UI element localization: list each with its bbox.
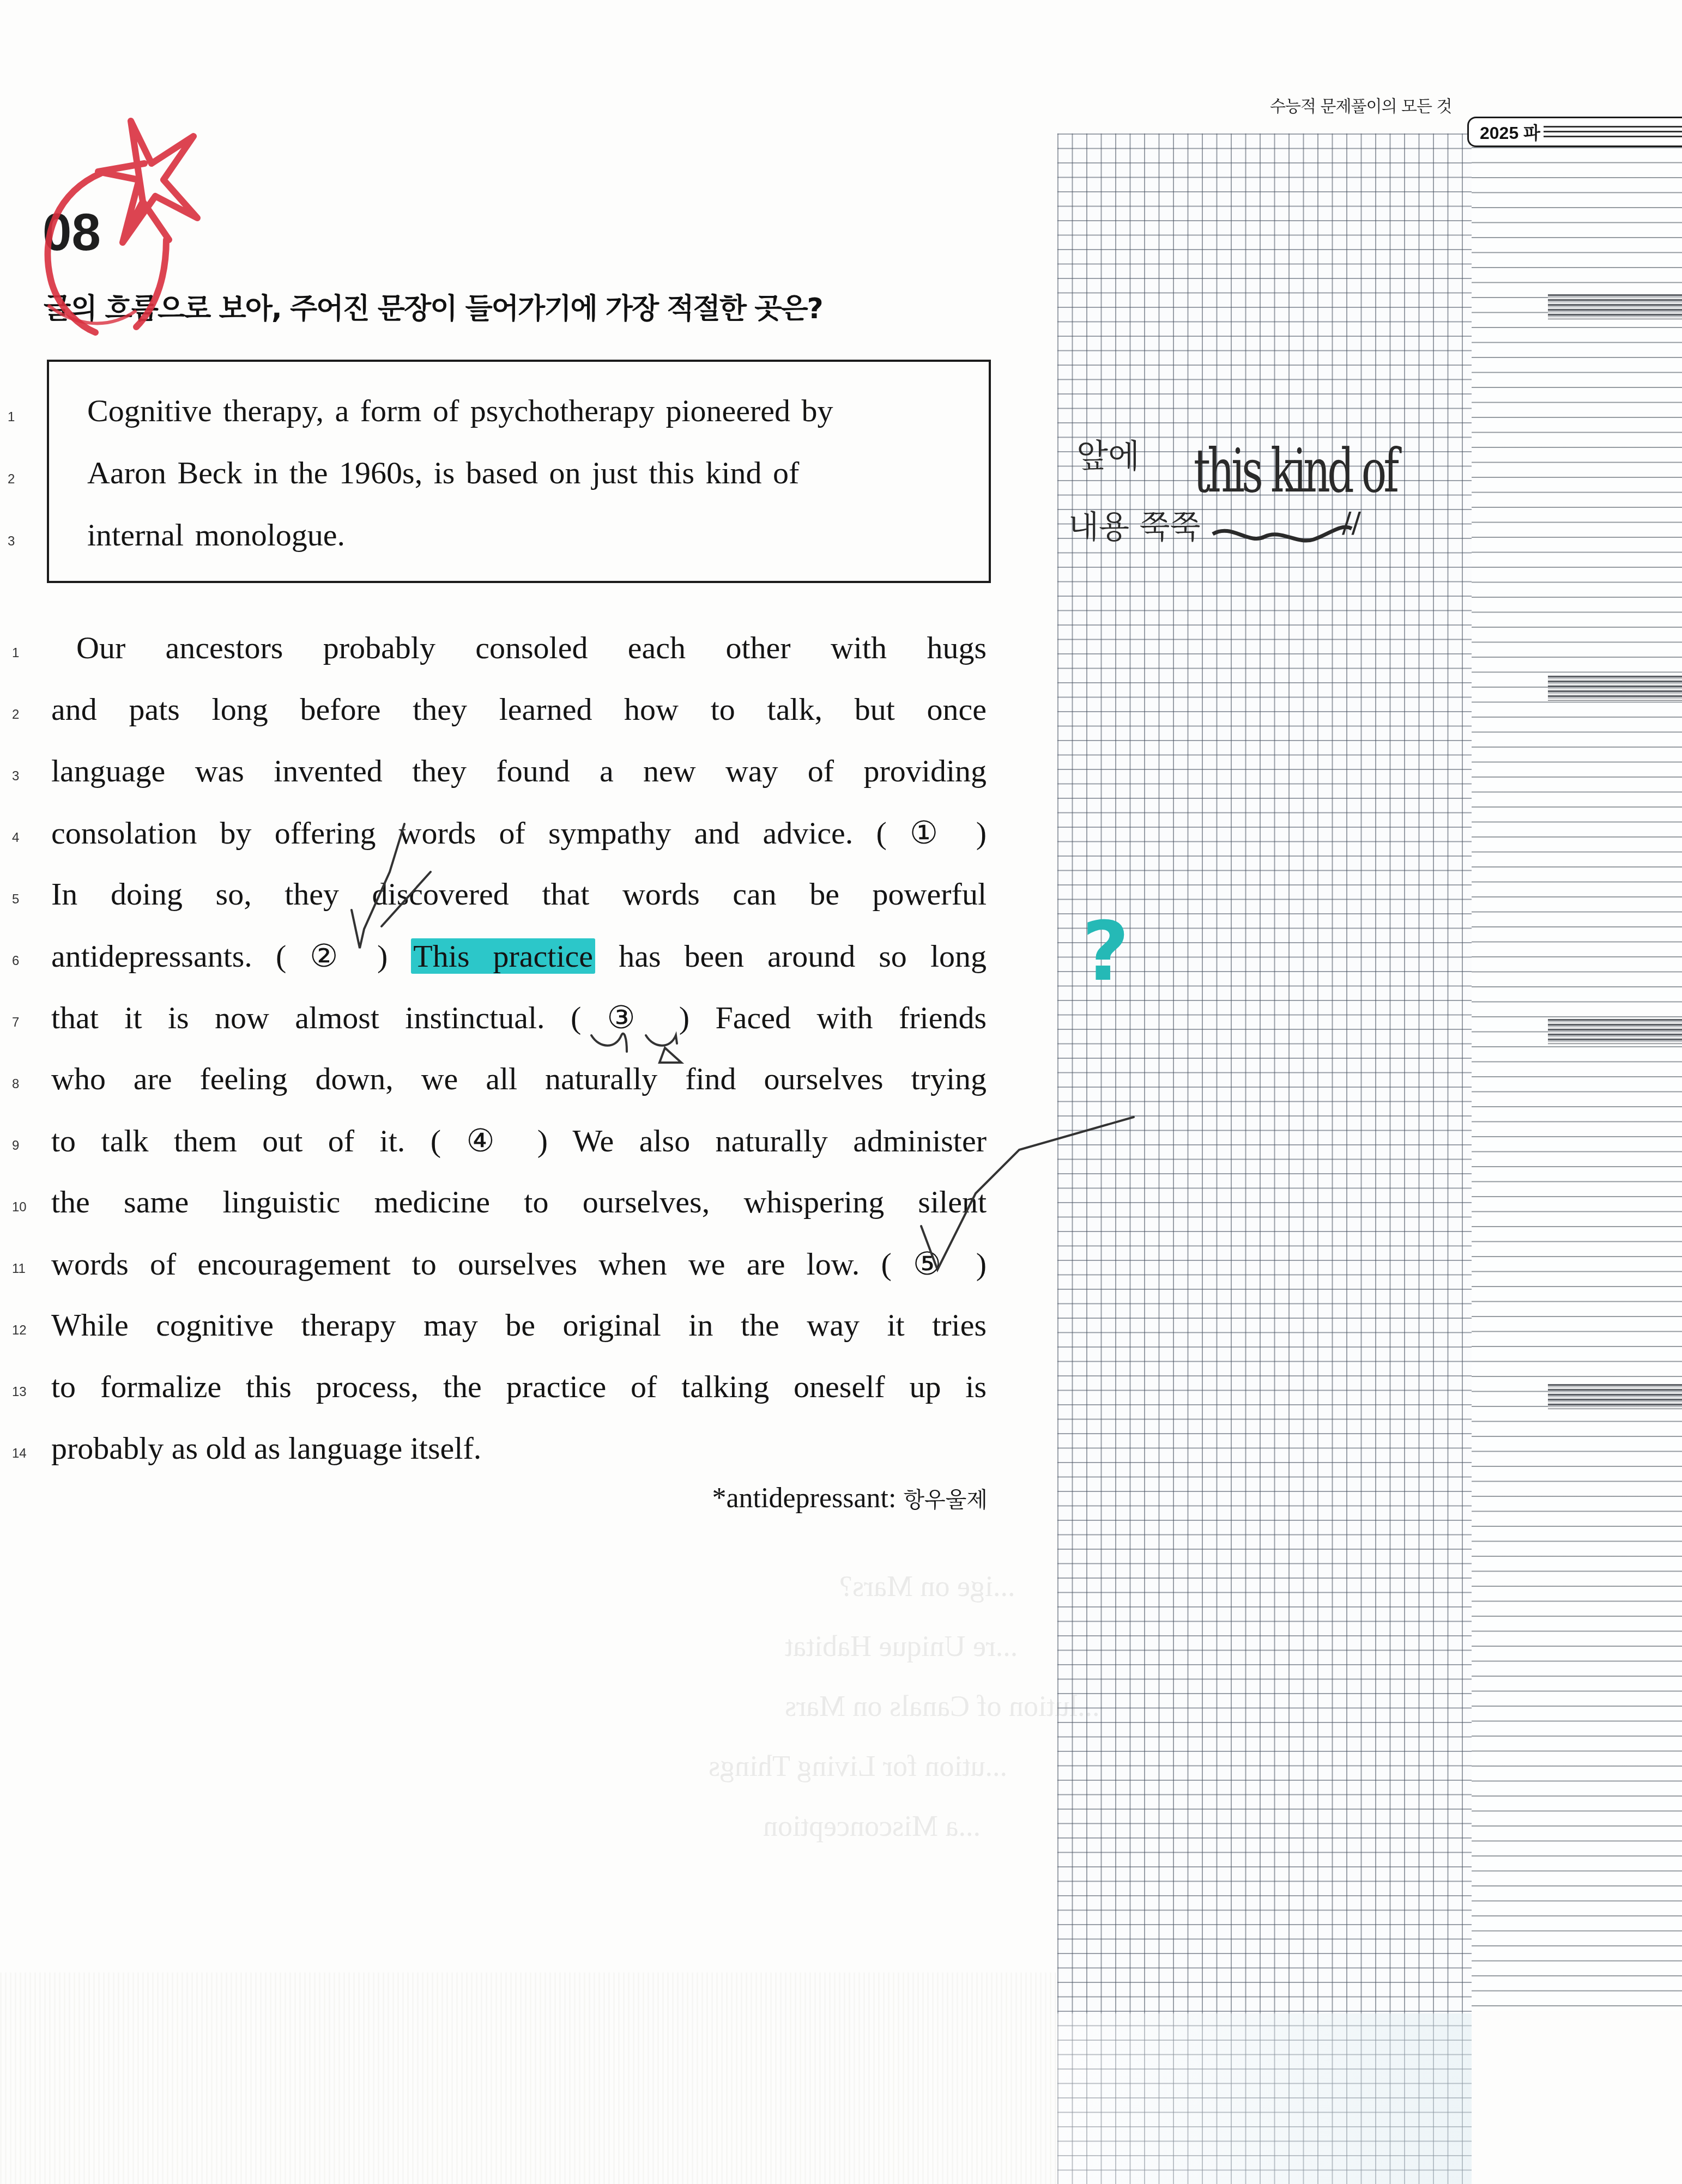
passage-line: While cognitive therapy may be original … xyxy=(51,1307,987,1345)
handwritten-note: 내용 쭉쭉 xyxy=(1068,501,1201,547)
line-number: 1 xyxy=(12,646,19,661)
passage-line: In doing so, they discovered that words … xyxy=(51,876,987,914)
line-number: 1 xyxy=(8,410,15,425)
line-number: 10 xyxy=(12,1200,27,1215)
line-number: 3 xyxy=(8,534,15,549)
line-number: 12 xyxy=(12,1323,27,1338)
passage-line: to formalize this process, the practice … xyxy=(51,1368,987,1406)
series-title: 수능적 문제풀이의 모든 것 xyxy=(1270,93,1451,117)
handwritten-note: 앞에 xyxy=(1076,430,1140,477)
edition-stripes xyxy=(1544,126,1682,138)
edition-badge: 2025 파 xyxy=(1467,117,1682,147)
line-number: 6 xyxy=(12,954,19,969)
passage-line: to talk them out of it. ( ④ ) We also na… xyxy=(51,1122,987,1160)
footnote-meaning: 항우울제 xyxy=(903,1488,988,1513)
given-line: internal monologue. xyxy=(87,517,345,553)
passage-text: has been around so long xyxy=(595,938,987,974)
scan-smear xyxy=(1548,294,1682,319)
handwritten-mark: // xyxy=(1342,507,1361,539)
scan-smear xyxy=(1548,1019,1682,1044)
passage-text: antidepressants. ( ② ) xyxy=(51,938,411,974)
given-line: Aaron Beck in the 1960s, is based on jus… xyxy=(87,454,799,491)
given-line: Cognitive therapy, a form of psychothera… xyxy=(87,392,833,429)
passage-line: consolation by offering words of sympath… xyxy=(51,814,987,852)
question-mark-icon: ? xyxy=(1082,905,1129,999)
line-number: 4 xyxy=(12,830,19,846)
line-number: 9 xyxy=(12,1138,19,1154)
question-number: 08 xyxy=(43,203,101,263)
passage-line: Our ancestors probably consoled each oth… xyxy=(76,629,987,668)
show-through-text: ...lution of Canals on Mars xyxy=(785,1689,1099,1723)
given-sentence-box: Cognitive therapy, a form of psychothera… xyxy=(47,360,991,583)
passage-line: probably as old as language itself. xyxy=(51,1430,987,1468)
highlighted-phrase: This practice xyxy=(411,938,595,974)
line-number: 2 xyxy=(8,472,15,487)
line-number: 13 xyxy=(12,1385,27,1400)
question-prompt: 글의 흐름으로 보아, 주어진 문장이 들어가기에 가장 적절한 곳은? xyxy=(44,286,822,326)
passage-line: that it is now almost instinctual. ( ③ )… xyxy=(51,999,987,1037)
show-through-text: ...a Misconception xyxy=(763,1809,981,1843)
show-through-text: ...re Unique Habitat xyxy=(785,1629,1018,1663)
lined-paper-strip xyxy=(1472,147,1682,2011)
passage-line: words of encouragement to ourselves when… xyxy=(51,1245,987,1283)
line-number: 11 xyxy=(12,1261,26,1277)
scan-artifact xyxy=(0,1973,1057,2184)
line-number: 3 xyxy=(12,769,19,784)
passage-line: antidepressants. ( ② ) This practice has… xyxy=(51,937,987,975)
line-number: 5 xyxy=(12,892,19,907)
line-number: 7 xyxy=(12,1015,19,1030)
footnote-term: *antidepressant: xyxy=(712,1483,897,1514)
edition-label: 2025 파 xyxy=(1480,119,1540,144)
passage-line: who are feeling down, we all naturally f… xyxy=(51,1060,987,1099)
passage-line: and pats long before they learned how to… xyxy=(51,691,987,729)
show-through-text: ...ige on Mars? xyxy=(839,1569,1015,1603)
handwritten-phrase: this kind of xyxy=(1194,436,1396,506)
show-through-text: ...ution for Living Things xyxy=(709,1749,1007,1783)
footnote: *antidepressant: 항우울제 xyxy=(712,1482,988,1514)
passage-line: the same linguistic medicine to ourselve… xyxy=(51,1184,987,1222)
line-number: 8 xyxy=(12,1077,19,1092)
line-number: 14 xyxy=(12,1446,27,1461)
line-number: 2 xyxy=(12,707,19,723)
passage-line: language was invented they found a new w… xyxy=(51,753,987,791)
scan-smear xyxy=(1548,676,1682,701)
scan-smear xyxy=(1548,1384,1682,1409)
